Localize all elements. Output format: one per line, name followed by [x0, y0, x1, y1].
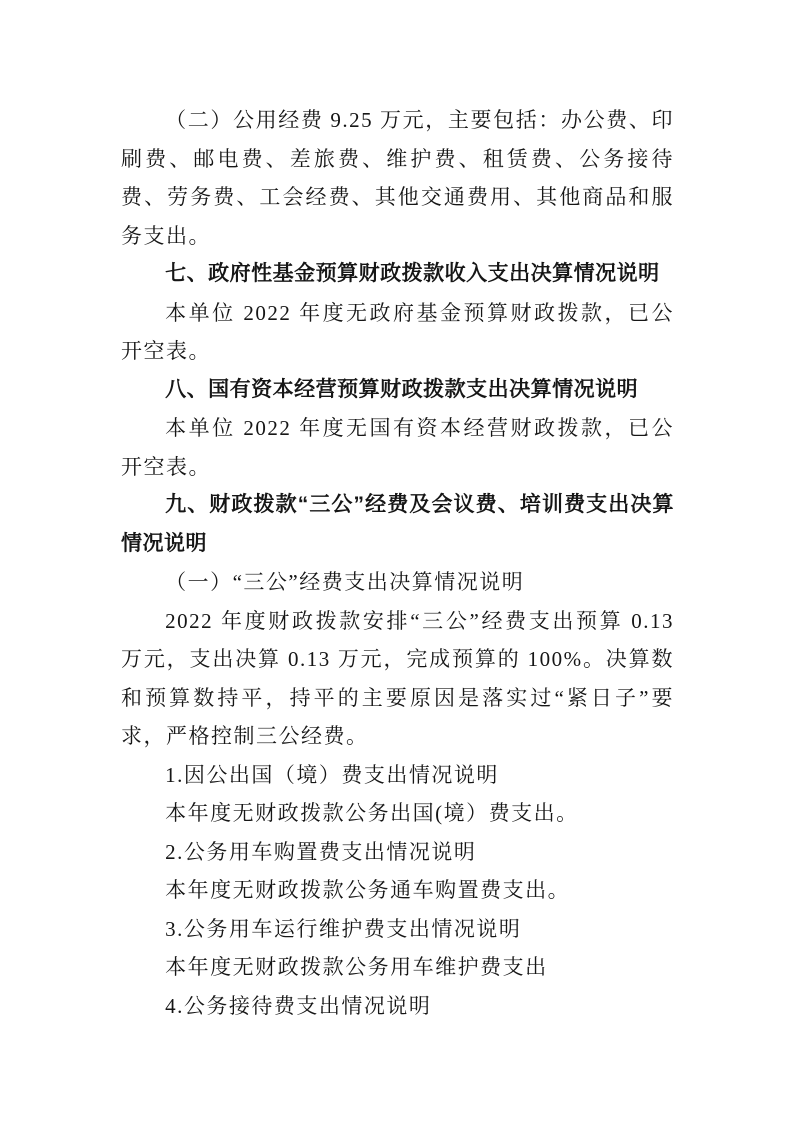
para-item-2-body: 本年度无财政拨款公务通车购置费支出。: [121, 871, 674, 910]
heading-section-9: 九、财政拨款“三公”经费及会议费、培训费支出决算情况说明: [121, 486, 674, 563]
para-section-7-body: 本单位 2022 年度无政府基金预算财政拨款，已公开空表。: [121, 294, 674, 371]
para-item-1-title: 1.因公出国（境）费支出情况说明: [121, 756, 674, 795]
para-item-4-title: 4.公务接待费支出情况说明: [121, 987, 674, 1026]
para-three-public-detail: 2022 年度财政拨款安排“三公”经费支出预算 0.13 万元，支出决算 0.1…: [121, 602, 674, 756]
document-page: （二）公用经费 9.25 万元，主要包括：办公费、印刷费、邮电费、差旅费、维护费…: [0, 0, 793, 1122]
para-item-2-title: 2.公务用车购置费支出情况说明: [121, 833, 674, 872]
para-item-1-body: 本年度无财政拨款公务出国(境）费支出。: [121, 794, 674, 833]
para-item-3-title: 3.公务用车运行维护费支出情况说明: [121, 910, 674, 949]
para-public-expense-detail: （二）公用经费 9.25 万元，主要包括：办公费、印刷费、邮电费、差旅费、维护费…: [121, 101, 674, 255]
para-item-3-body: 本年度无财政拨款公务用车维护费支出: [121, 948, 674, 987]
heading-section-7: 七、政府性基金预算财政拨款收入支出决算情况说明: [121, 255, 674, 294]
heading-section-8: 八、国有资本经营预算财政拨款支出决算情况说明: [121, 371, 674, 410]
para-three-public-subheading: （一）“三公”经费支出决算情况说明: [121, 563, 674, 602]
para-section-8-body: 本单位 2022 年度无国有资本经营财政拨款，已公开空表。: [121, 409, 674, 486]
